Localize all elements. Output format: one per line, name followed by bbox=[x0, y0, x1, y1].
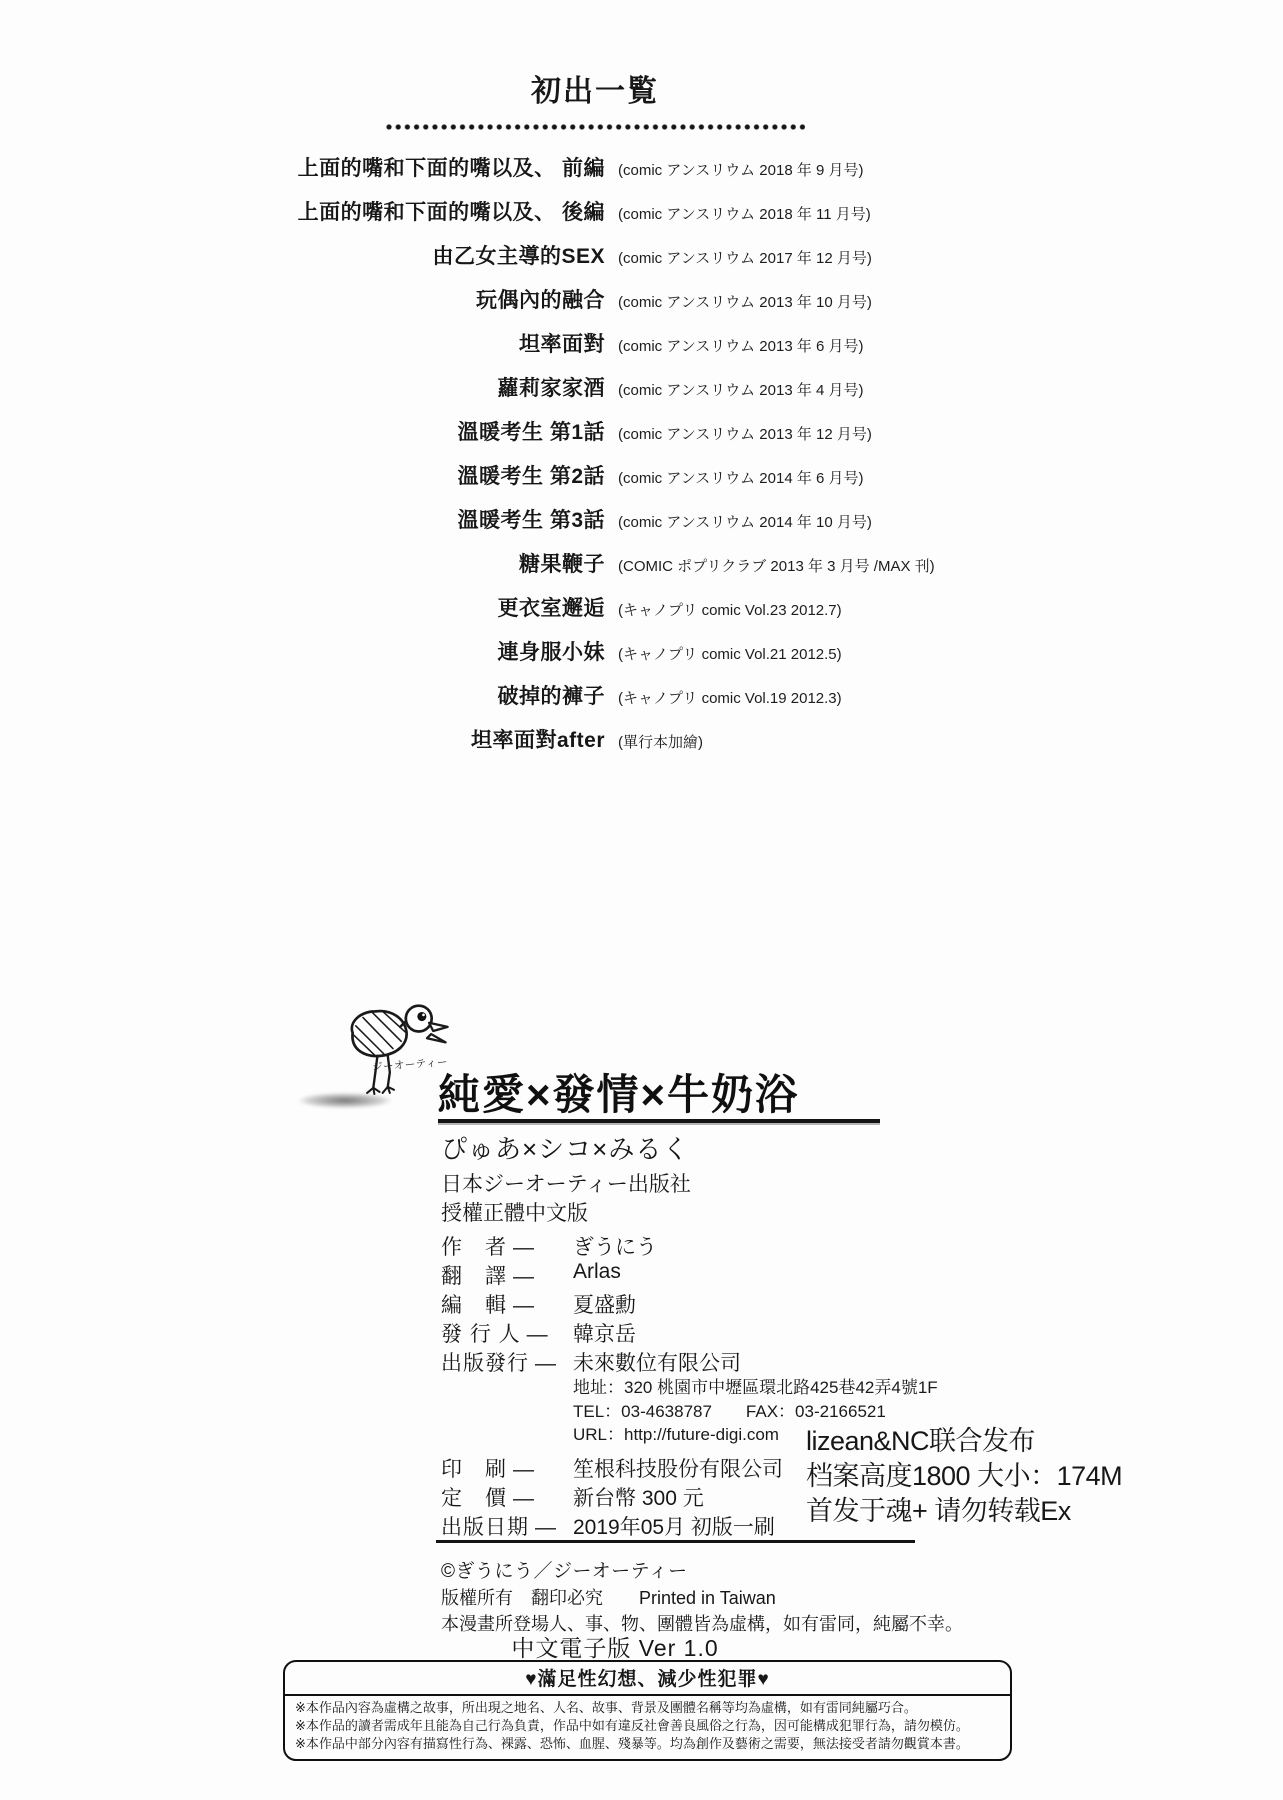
work-source: (キャノプリ comic Vol.21 2012.5) bbox=[618, 642, 842, 668]
license-line: 授權正體中文版 bbox=[441, 1199, 691, 1228]
work-source: (キャノプリ comic Vol.23 2012.7) bbox=[618, 598, 842, 624]
credit-label: 出版日期 bbox=[441, 1516, 529, 1539]
scanned-colophon-page: 初出一覧 上面的嘴和下面的嘴以及、 前編(comic アンスリウム 2018 年… bbox=[0, 0, 1283, 1800]
credit-label: 定 價 bbox=[441, 1487, 507, 1510]
publication-row: 破掉的褲子(キャノプリ comic Vol.19 2012.3) bbox=[0, 684, 1190, 712]
publisher-address: 地址：320 桃園市中壢區環北路425巷42弄4號1F bbox=[573, 1376, 938, 1400]
publication-row: 坦率面對after(單行本加繪) bbox=[0, 728, 1190, 756]
publication-row: 上面的嘴和下面的嘴以及、 前編(comic アンスリウム 2018 年 9 月号… bbox=[0, 156, 1190, 184]
notice-line: ※本作品中部分內容有描寫性行為、裸露、恐怖、血腥、殘暴等。均為創作及藝術之需要，… bbox=[295, 1735, 1000, 1753]
publication-row: 坦率面對(comic アンスリウム 2013 年 6 月号) bbox=[0, 332, 1190, 360]
publication-row: 溫暖考生 第3話(comic アンスリウム 2014 年 10 月号) bbox=[0, 508, 1190, 536]
section-title: 初出一覧 bbox=[0, 0, 1190, 110]
work-title: 由乙女主導的SEX bbox=[0, 244, 605, 270]
publication-row: 更衣室邂逅(キャノプリ comic Vol.23 2012.7) bbox=[0, 596, 1190, 624]
credit-row: 出版發行—未來數位有限公司 bbox=[441, 1347, 938, 1376]
credit-dash: — bbox=[535, 1352, 556, 1375]
publication-list: 上面的嘴和下面的嘴以及、 前編(comic アンスリウム 2018 年 9 月号… bbox=[0, 156, 1190, 756]
credit-dash: — bbox=[527, 1323, 548, 1346]
work-source: (comic アンスリウム 2013 年 10 月号) bbox=[618, 290, 872, 316]
publisher-jp: 日本ジーオーティー出版社 bbox=[441, 1170, 691, 1199]
credit-row: 發 行 人—韓京岳 bbox=[441, 1318, 938, 1347]
work-source: (キャノプリ comic Vol.19 2012.3) bbox=[618, 686, 842, 712]
work-title: 玩偶內的融合 bbox=[0, 288, 605, 314]
work-source: (comic アンスリウム 2018 年 11 月号) bbox=[618, 202, 871, 228]
credit-row: 編 輯—夏盛勳 bbox=[441, 1289, 938, 1318]
work-title: 更衣室邂逅 bbox=[0, 596, 605, 622]
notice-line: ※本作品內容為虛構之故事，所出現之地名、人名、故事、背景及團體名稱等均為虛構，如… bbox=[295, 1699, 1000, 1717]
publication-row: 玩偶內的融合(comic アンスリウム 2013 年 10 月号) bbox=[0, 288, 1190, 316]
work-title: 坦率面對 bbox=[0, 332, 605, 358]
publication-row: 連身服小妹(キャノプリ comic Vol.21 2012.5) bbox=[0, 640, 1190, 668]
book-title: 純愛×發情×牛奶浴 bbox=[438, 1062, 799, 1122]
work-source: (comic アンスリウム 2017 年 12 月号) bbox=[618, 246, 872, 272]
credit-dash: — bbox=[513, 1265, 534, 1288]
credit-row: 翻 譯—Arlas bbox=[441, 1260, 938, 1289]
credit-value: 2019年05月 初版一刷 bbox=[573, 1511, 775, 1541]
work-source: (comic アンスリウム 2014 年 6 月号) bbox=[618, 466, 864, 492]
credit-label: 出版發行 bbox=[441, 1352, 529, 1375]
work-title: 溫暖考生 第1話 bbox=[0, 420, 605, 446]
credit-dash: — bbox=[513, 1294, 534, 1317]
logo-shadow bbox=[299, 1093, 391, 1108]
watermark-line: 首发于魂+ 请勿转载Ex bbox=[806, 1494, 1122, 1529]
publication-row: 上面的嘴和下面的嘴以及、 後編(comic アンスリウム 2018 年 11 月… bbox=[0, 200, 1190, 228]
credit-value: Arlas bbox=[573, 1260, 621, 1284]
publication-row: 溫暖考生 第2話(comic アンスリウム 2014 年 6 月号) bbox=[0, 464, 1190, 492]
credit-row: 作 者—ぎうにう bbox=[441, 1231, 938, 1260]
credit-value: 夏盛勳 bbox=[573, 1289, 636, 1319]
rights-line: 版權所有 翻印必究 Printed in Taiwan bbox=[441, 1584, 776, 1610]
credit-label: 作 者 bbox=[441, 1236, 507, 1259]
work-title: 連身服小妹 bbox=[0, 640, 605, 666]
got-bird-logo bbox=[336, 1000, 454, 1095]
publisher-tel-fax: TEL：03-4638787 FAX：03-2166521 bbox=[573, 1400, 938, 1424]
edition-line: 中文電子版 Ver 1.0 bbox=[255, 1630, 975, 1663]
work-title: 上面的嘴和下面的嘴以及、 前編 bbox=[0, 156, 605, 182]
credit-value: 新台幣 300 元 bbox=[573, 1482, 704, 1512]
publication-row: 由乙女主導的SEX(comic アンスリウム 2017 年 12 月号) bbox=[0, 244, 1190, 272]
content-notice-box: ♥滿足性幻想、減少性犯罪♥ ※本作品內容為虛構之故事，所出現之地名、人名、故事、… bbox=[283, 1660, 1012, 1761]
work-source: (comic アンスリウム 2014 年 10 月号) bbox=[618, 510, 872, 536]
publication-row: 糖果鞭子(COMIC ポプリクラブ 2013 年 3 月号 /MAX 刊) bbox=[0, 552, 1190, 580]
credit-dash: — bbox=[535, 1516, 556, 1539]
work-source: (comic アンスリウム 2018 年 9 月号) bbox=[618, 158, 864, 184]
credit-label: 發 行 人 bbox=[441, 1323, 521, 1346]
work-source: (COMIC ポプリクラブ 2013 年 3 月号 /MAX 刊) bbox=[618, 554, 935, 580]
credit-dash: — bbox=[513, 1458, 534, 1481]
work-title: 上面的嘴和下面的嘴以及、 後編 bbox=[0, 200, 605, 226]
watermark-line: lizean&NC联合发布 bbox=[806, 1424, 1122, 1459]
work-title: 蘿莉家家酒 bbox=[0, 376, 605, 402]
notice-slogan: ♥滿足性幻想、減少性犯罪♥ bbox=[285, 1662, 1010, 1694]
watermark-line: 档案高度1800 大小：174M bbox=[806, 1459, 1122, 1494]
credit-label: 印 刷 bbox=[441, 1458, 507, 1481]
credit-value: 韓京岳 bbox=[573, 1318, 636, 1348]
publication-row: 溫暖考生 第1話(comic アンスリウム 2013 年 12 月号) bbox=[0, 420, 1190, 448]
credit-dash: — bbox=[513, 1487, 534, 1510]
colophon-divider bbox=[436, 1540, 915, 1543]
work-source: (單行本加繪) bbox=[618, 730, 703, 756]
watermark-text: lizean&NC联合发布 档案高度1800 大小：174M 首发于魂+ 请勿转… bbox=[806, 1424, 1122, 1529]
credit-label: 翻 譯 bbox=[441, 1265, 507, 1288]
credit-label: 編 輯 bbox=[441, 1294, 507, 1317]
copyright-line: ©ぎうにう／ジーオーティー bbox=[441, 1556, 688, 1583]
credit-value: 笙根科技股份有限公司 bbox=[573, 1453, 783, 1483]
notice-notes: ※本作品內容為虛構之故事，所出現之地名、人名、故事、背景及團體名稱等均為虛構，如… bbox=[285, 1696, 1010, 1759]
title-underline bbox=[438, 1119, 880, 1123]
work-title: 溫暖考生 第3話 bbox=[0, 508, 605, 534]
credit-dash: — bbox=[513, 1236, 534, 1259]
work-title: 破掉的褲子 bbox=[0, 684, 605, 710]
first-publication-section: 初出一覧 上面的嘴和下面的嘴以及、 前編(comic アンスリウム 2018 年… bbox=[0, 0, 1190, 772]
publication-row: 蘿莉家家酒(comic アンスリウム 2013 年 4 月号) bbox=[0, 376, 1190, 404]
work-title: 溫暖考生 第2話 bbox=[0, 464, 605, 490]
work-title: 糖果鞭子 bbox=[0, 552, 605, 578]
credit-value: ぎうにう bbox=[573, 1231, 657, 1261]
credit-value: 未來數位有限公司 bbox=[573, 1347, 741, 1377]
book-subtitle: ぴゅあ×シコ×みるく bbox=[441, 1129, 689, 1166]
colophon-section: ジーオーティー 純愛×發情×牛奶浴 ぴゅあ×シコ×みるく 日本ジーオーティー出版… bbox=[0, 1000, 1283, 1800]
work-title: 坦率面對after bbox=[0, 728, 605, 754]
work-source: (comic アンスリウム 2013 年 12 月号) bbox=[618, 422, 872, 448]
license-block: 日本ジーオーティー出版社 授權正體中文版 bbox=[441, 1170, 691, 1228]
work-source: (comic アンスリウム 2013 年 4 月号) bbox=[618, 378, 864, 404]
work-source: (comic アンスリウム 2013 年 6 月号) bbox=[618, 334, 864, 360]
notice-line: ※本作品的讀者需成年且能為自己行為負責，作品中如有違反社會善良風俗之行為，因可能… bbox=[295, 1717, 1000, 1735]
dotted-divider bbox=[385, 123, 805, 131]
